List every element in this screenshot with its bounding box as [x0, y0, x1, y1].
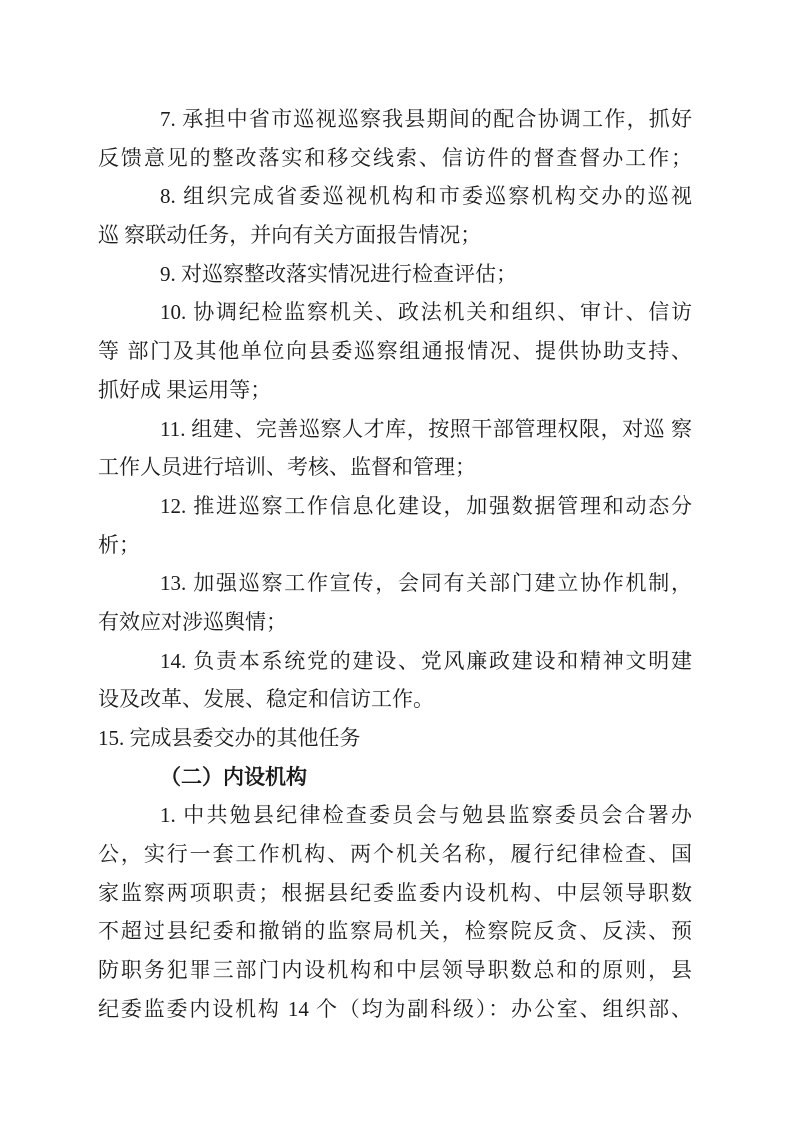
- text-line: 防职务犯罪三部门内设机构和中层领导职数总和的原则，县: [98, 951, 692, 990]
- text-line: 不超过县纪委和撤销的监察局机关，检察院反贪、反渎、预: [98, 912, 692, 951]
- text-line: 公，实行一套工作机构、两个机关名称，履行纪律检查、国: [98, 835, 692, 874]
- text-line: 14. 负责本系统党的建设、党风廉政建设和精神文明建: [98, 642, 692, 681]
- text-line: 等 部门及其他单位向县委巡察组通报情况、提供协助支持、: [98, 332, 692, 371]
- text-line: 巡 察联动任务，并向有关方面报告情况；: [98, 216, 692, 255]
- text-line: 10. 协调纪检监察机关、政法机关和组织、审计、信访: [98, 293, 692, 332]
- text-line: 抓好成 果运用等；: [98, 371, 692, 410]
- text-line: 家监察两项职责；根据县纪委监委内设机构、中层领导职数: [98, 874, 692, 913]
- text-line: 析；: [98, 526, 692, 565]
- text-line: 15. 完成县委交办的其他任务: [98, 719, 692, 758]
- text-line: 工作人员进行培训、考核、监督和管理；: [98, 448, 692, 487]
- section-heading: （二）内设机构: [98, 758, 692, 797]
- text-line: 1. 中共勉县纪律检查委员会与勉县监察委员会合署办: [98, 796, 692, 835]
- text-line: 7. 承担中省市巡视巡察我县期间的配合协调工作，抓好: [98, 100, 692, 139]
- text-line: 8. 组织完成省委巡视机构和市委巡察机构交办的巡视: [98, 177, 692, 216]
- text-line: 纪委监委内设机构 14 个（均为副科级）：办公室、组织部、: [98, 990, 692, 1029]
- document-page: 7. 承担中省市巡视巡察我县期间的配合协调工作，抓好反馈意见的整改落实和移交线索…: [0, 0, 793, 1122]
- text-line: 11. 组建、完善巡察人才库，按照干部管理权限，对巡 察: [98, 410, 692, 449]
- text-line: 设及改革、发展、稳定和信访工作。: [98, 680, 692, 719]
- text-line: 9. 对巡察整改落实情况进行检查评估；: [98, 255, 692, 294]
- text-line: 12. 推进巡察工作信息化建设，加强数据管理和动态分: [98, 487, 692, 526]
- text-line: 有效应对涉巡舆情；: [98, 603, 692, 642]
- text-line: 反馈意见的整改落实和移交线索、信访件的督查督办工作；: [98, 139, 692, 178]
- text-line: 13. 加强巡察工作宣传，会同有关部门建立协作机制，: [98, 564, 692, 603]
- document-body: 7. 承担中省市巡视巡察我县期间的配合协调工作，抓好反馈意见的整改落实和移交线索…: [98, 100, 692, 1029]
